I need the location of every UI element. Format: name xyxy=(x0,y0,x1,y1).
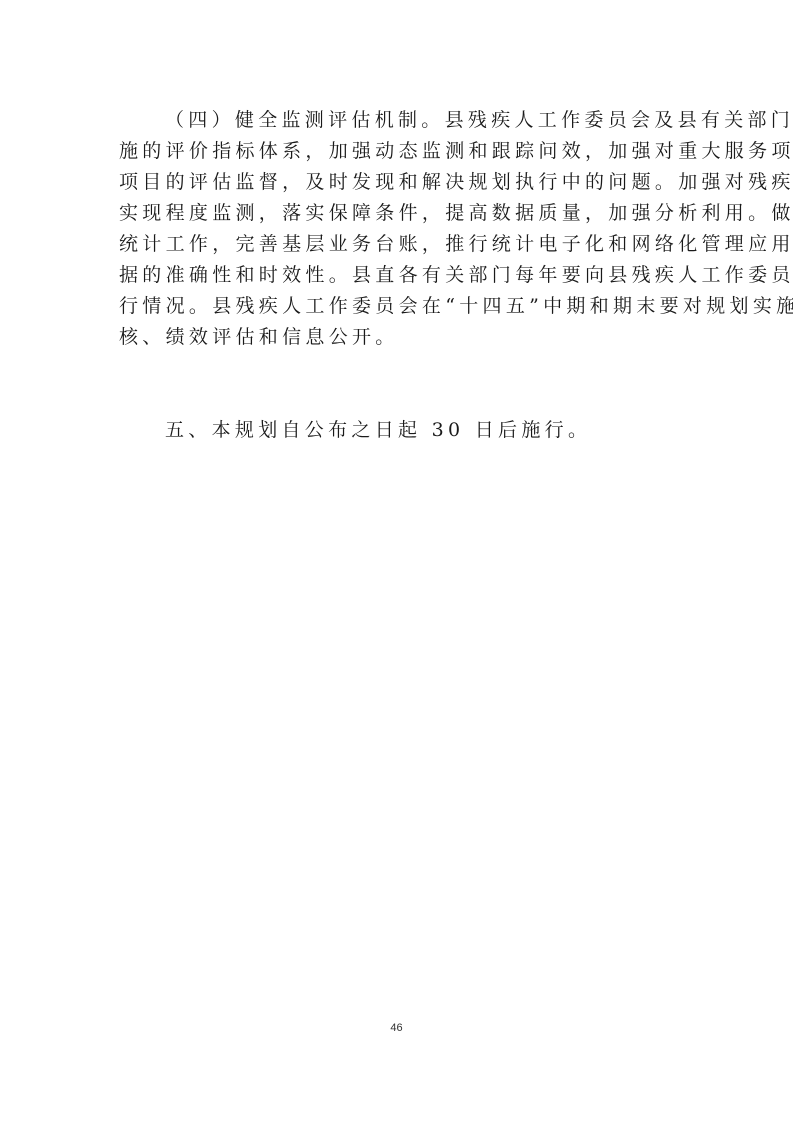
text-line: 五、本规划自公布之日起 30 日后施行。 xyxy=(119,415,678,446)
text-line: 施的评价指标体系，加强动态监测和跟踪问效，加强对重大服务项目和能力建设 xyxy=(119,136,678,167)
text-line: 实现程度监测，落实保障条件，提高数据质量，加强分析利用。做好残疾人事业 xyxy=(119,198,678,229)
page-number: 46 xyxy=(0,1022,793,1034)
text-line: 核、绩效评估和信息公开。 xyxy=(119,322,678,353)
text-line: 项目的评估监督，及时发现和解决规划执行中的问题。加强对残疾人状况和小康 xyxy=(119,167,678,198)
text-line: 行情况。县残疾人工作委员会在“十四五”中期和期末要对规划实施情况进行考 xyxy=(119,291,678,322)
text-line: 统计工作，完善基层业务台账，推行统计电子化和网络化管理应用，提高统计数 xyxy=(119,229,678,260)
text-line: 据的准确性和时效性。县直各有关部门每年要向县残疾人工作委员会报告规划执 xyxy=(119,260,678,291)
document-page: （四）健全监测评估机制。县残疾人工作委员会及县有关部门要制定规划实 施的评价指标… xyxy=(0,0,793,1122)
paragraph-effective-date: 五、本规划自公布之日起 30 日后施行。 xyxy=(119,415,678,446)
paragraph-monitoring-evaluation: （四）健全监测评估机制。县残疾人工作委员会及县有关部门要制定规划实 施的评价指标… xyxy=(119,105,678,353)
text-line: （四）健全监测评估机制。县残疾人工作委员会及县有关部门要制定规划实 xyxy=(119,105,678,136)
